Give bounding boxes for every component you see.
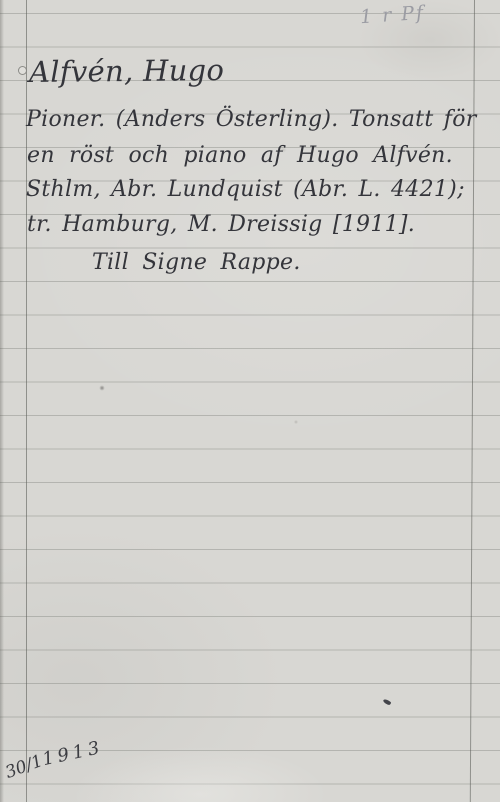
body-line-publisher: Sthlm, Abr. Lundquist (Abr. L. 4421); <box>26 178 465 202</box>
dedication-line: Till Signe Rappe. <box>92 251 301 275</box>
accession-date-year: 1913 <box>40 737 105 770</box>
body-line-title: Pioner. (Anders Österling). Tonsatt för <box>26 108 477 132</box>
punched-ring-hole <box>18 66 27 75</box>
ink-blot <box>383 698 392 706</box>
card-heading-author: Alfvén, Hugo <box>29 55 225 89</box>
body-line-printer-year: tr. Hamburg, M. Dreissig [1911]. <box>27 213 415 237</box>
pencil-shelfmark-note: 1 r Pf <box>359 2 425 28</box>
paper-left-edge <box>0 0 4 802</box>
body-line-instrumentation: en röst och piano af Hugo Alfvén. <box>27 144 453 168</box>
accession-date-day-month: 30/1 <box>3 751 46 783</box>
catalog-card-scan: 1 r Pf Alfvén, Hugo Pioner. (Anders Öste… <box>0 0 500 802</box>
